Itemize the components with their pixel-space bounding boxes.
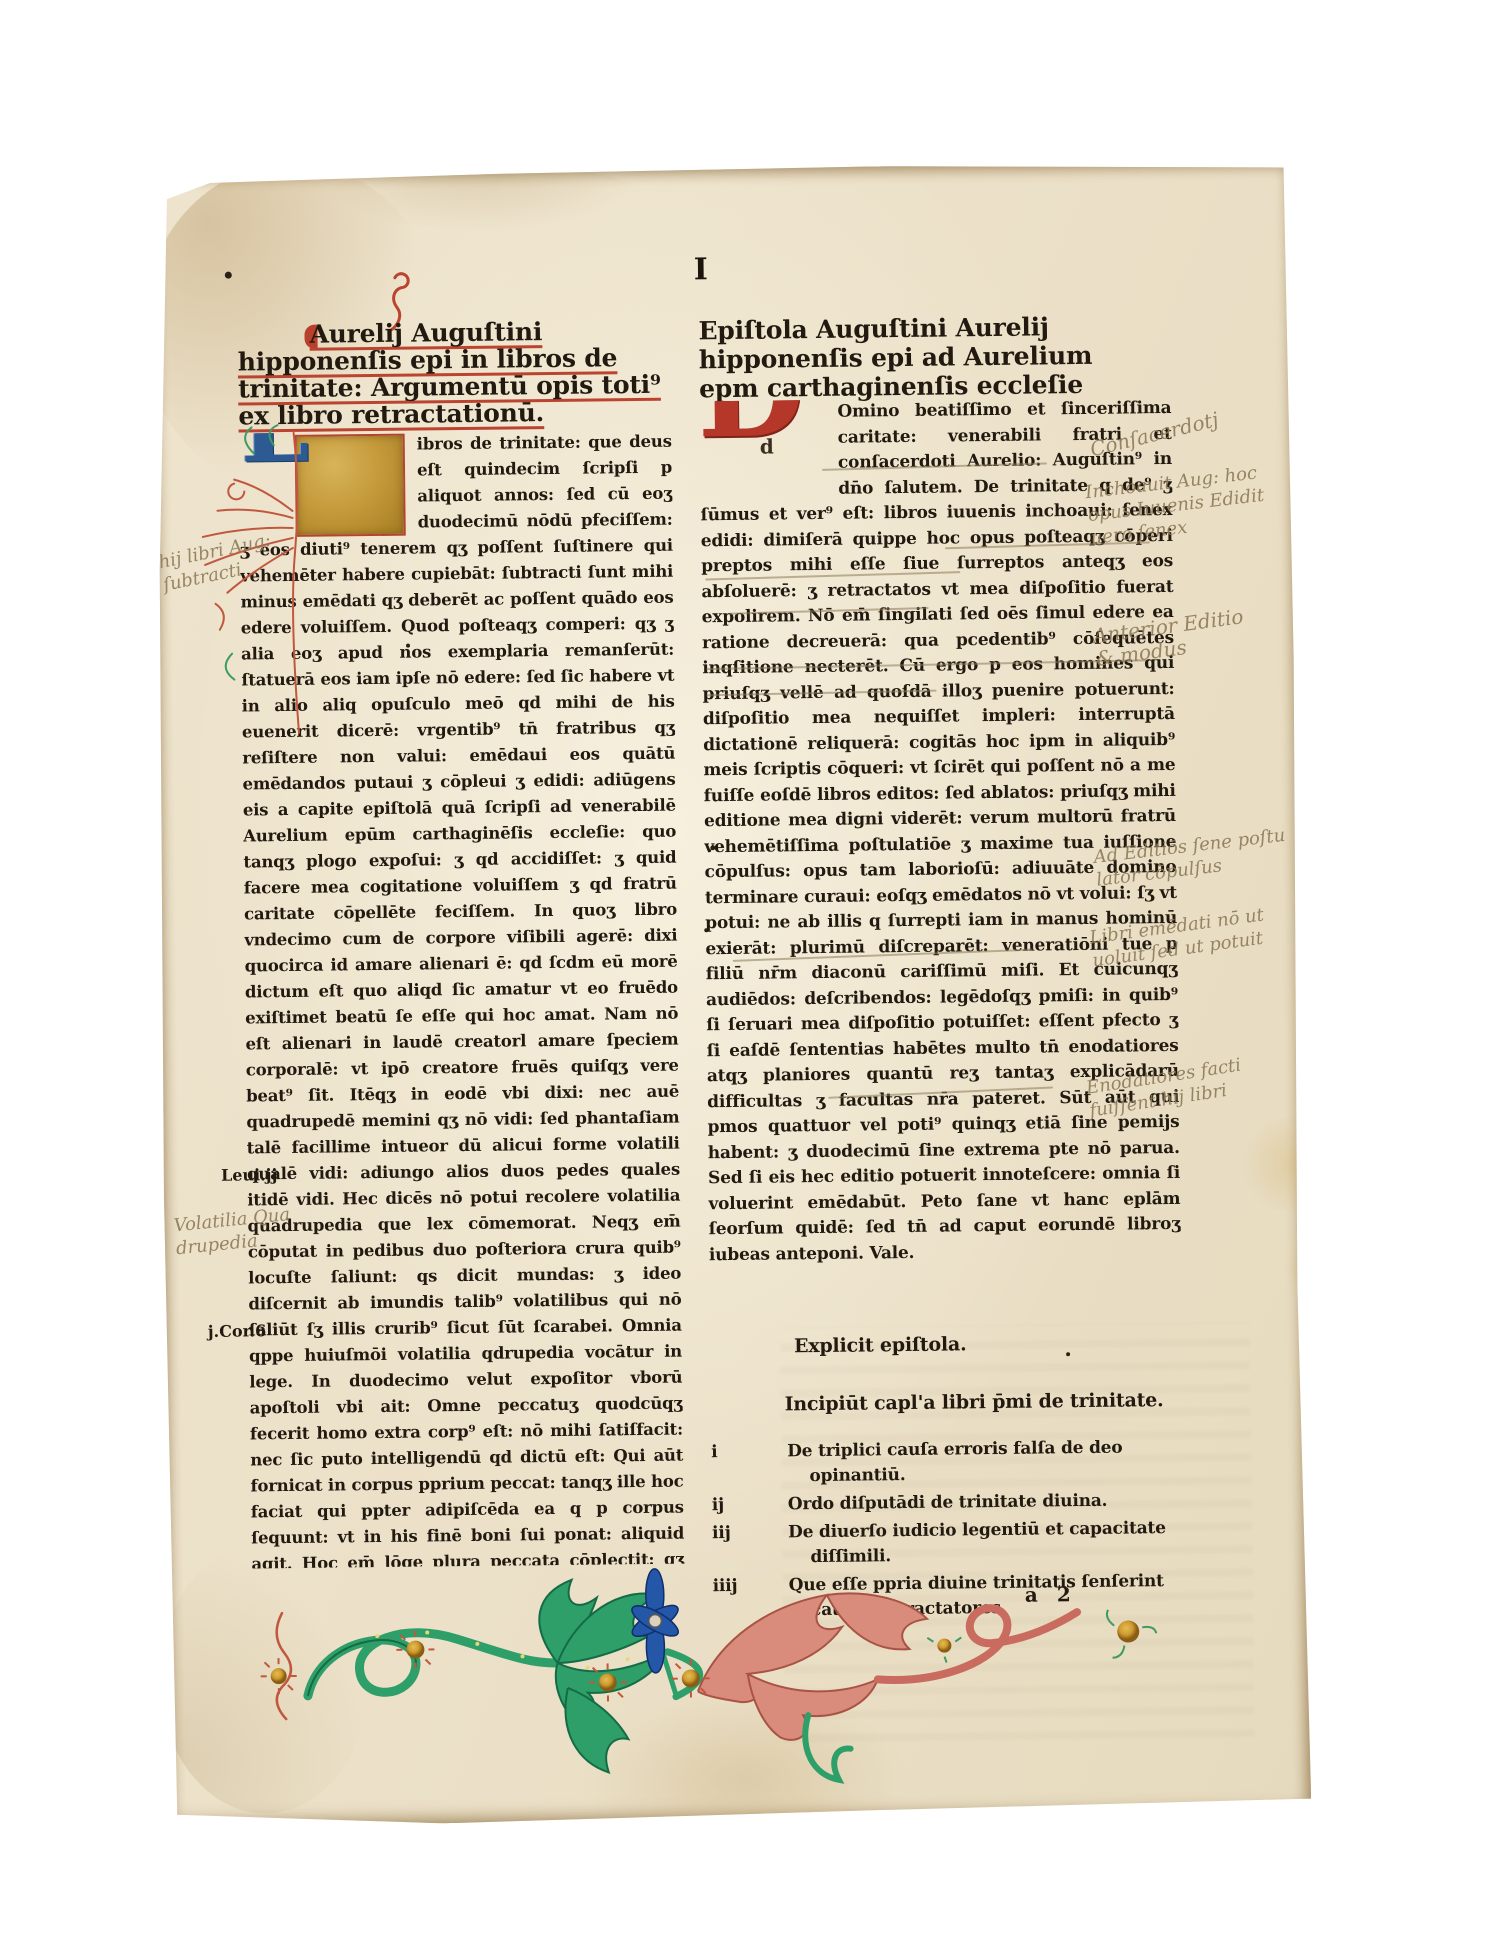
guide-letter: d (760, 434, 774, 460)
margin-ref-corinthians: j.Cor.6 (208, 1321, 267, 1341)
chapter-row: ij Ordo diſputādi de trinitate diuina. (712, 1488, 1194, 1518)
chapter-title: De triplici cauſa erroris falſa de deo o… (787, 1435, 1194, 1490)
margin-ref-leviticus: Leui.jj (221, 1165, 278, 1185)
left-column-heading: Aurelij Auguſtini hipponenſis epi in lib… (237, 317, 670, 430)
chapter-numeral: ij (712, 1492, 788, 1518)
right-stain (1236, 1116, 1352, 1212)
right-column-heading: Epiſtola Auguſtini Aurelij hipponenſis e… (698, 311, 1154, 403)
chapter-row: i De triplici cauſa erroris falſa de deo… (711, 1435, 1194, 1490)
incipit-line: Incipiūt capl'a libri p̄mi de trinitate. (785, 1389, 1164, 1415)
chapter-title: Ordo diſputādi de trinitate diuina. (788, 1488, 1194, 1518)
right-stain-small (1281, 1241, 1344, 1294)
floral-border-ornament (227, 1561, 1190, 1827)
chapter-numeral: i (711, 1439, 788, 1490)
chapter-numeral: iij (712, 1520, 789, 1571)
vellum-leaf: I Aurelij Auguſtini hipponenſis epi in l… (151, 162, 1312, 1827)
lombard-initial-D: D d (699, 400, 830, 503)
scanned-incunable-leaf-photo: I Aurelij Auguſtini hipponenſis epi in l… (0, 0, 1509, 1950)
explicit-line: Explicit epiſtola. (794, 1333, 967, 1357)
ink-speck (225, 272, 232, 279)
top-edge-stain (321, 163, 642, 231)
folio-number: I (694, 252, 708, 287)
